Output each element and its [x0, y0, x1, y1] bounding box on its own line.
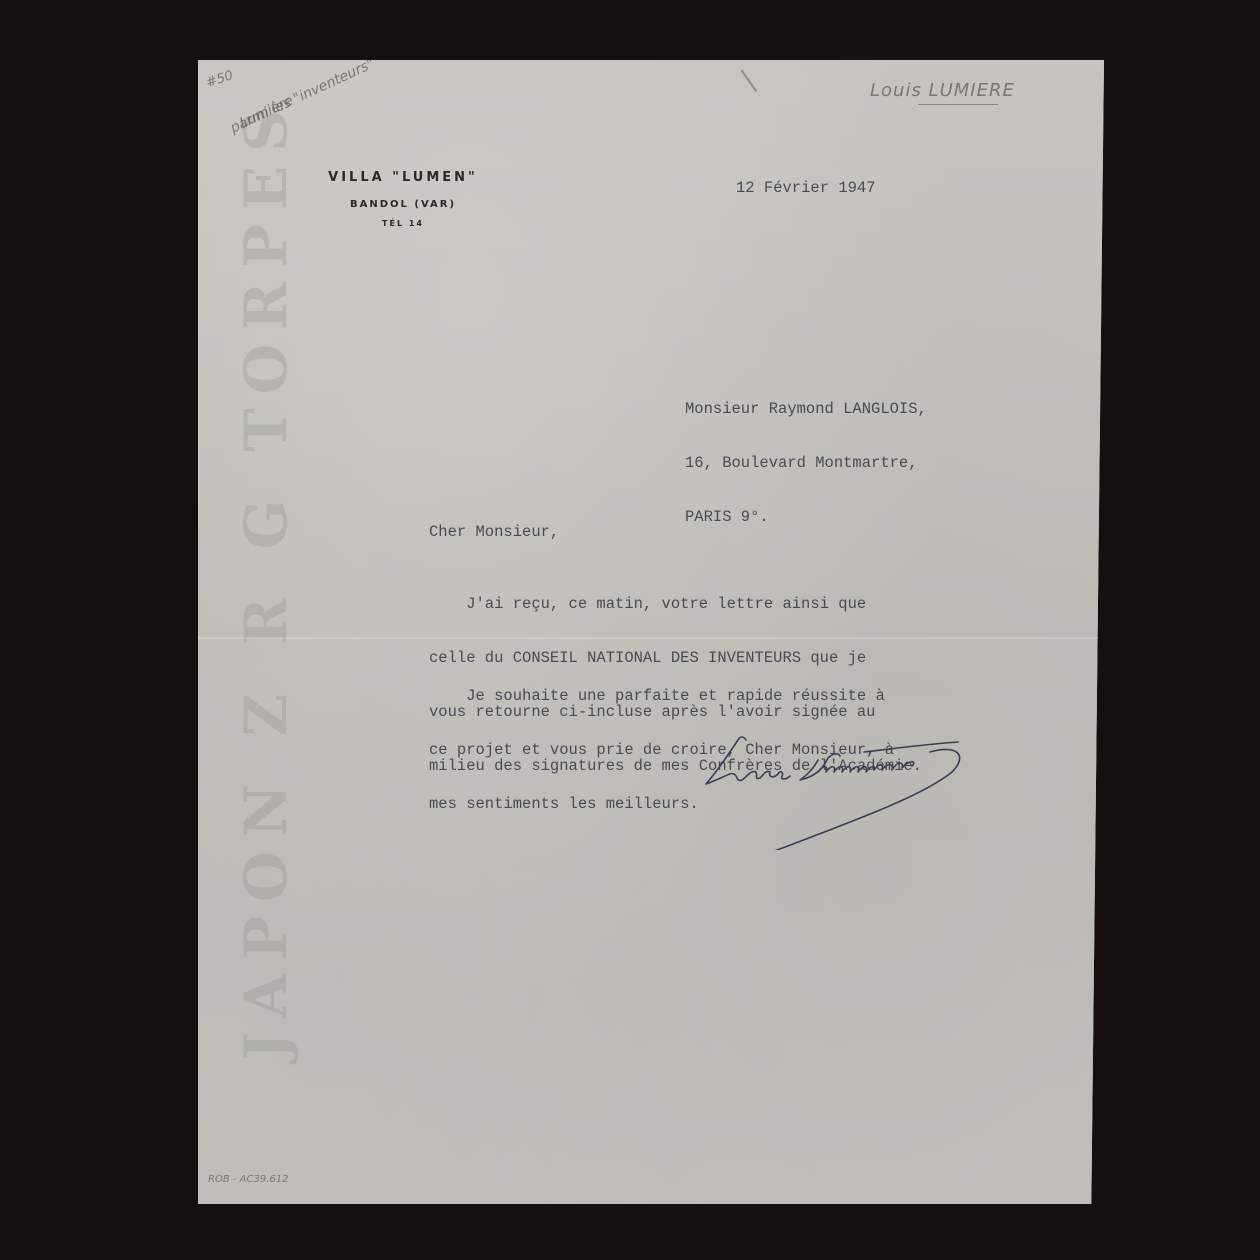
letterhead: VILLA "LUMEN" BANDOL (VAR) TÉL 14 [308, 170, 498, 228]
handwritten-signature-icon: Louis Lumière [668, 700, 1028, 850]
archive-reference: ROB - AC39.612 [208, 1174, 288, 1185]
recipient-line-2: 16, Boulevard Montmartre, [685, 454, 927, 472]
letterhead-phone: TÉL 14 [308, 219, 498, 228]
author-name-underline [918, 104, 998, 105]
recipient-line-3: PARIS 9°. [685, 508, 927, 526]
letter-sheet: JAPON Z R G TORPES #50 Lumière parmi les… [198, 60, 1104, 1204]
letter-date: 12 Février 1947 [736, 179, 876, 197]
recipient-address: Monsieur Raymond LANGLOIS, 16, Boulevard… [685, 364, 927, 562]
pencil-mark [741, 70, 758, 92]
salutation: Cher Monsieur, [429, 523, 559, 541]
photo-background: JAPON Z R G TORPES #50 Lumière parmi les… [0, 0, 1260, 1260]
recipient-line-1: Monsieur Raymond LANGLOIS, [685, 400, 927, 418]
pencil-author-name: Louis LUMIERE [870, 80, 1015, 101]
paper-watermark: JAPON Z R G TORPES [226, 200, 306, 1060]
letterhead-town: BANDOL (VAR) [308, 199, 498, 210]
archive-number-annotation: #50 [204, 68, 235, 91]
letterhead-villa-name: VILLA "LUMEN" [308, 170, 498, 185]
paragraph-1-line-1: J'ai reçu, ce matin, votre lettre ainsi … [429, 595, 922, 613]
